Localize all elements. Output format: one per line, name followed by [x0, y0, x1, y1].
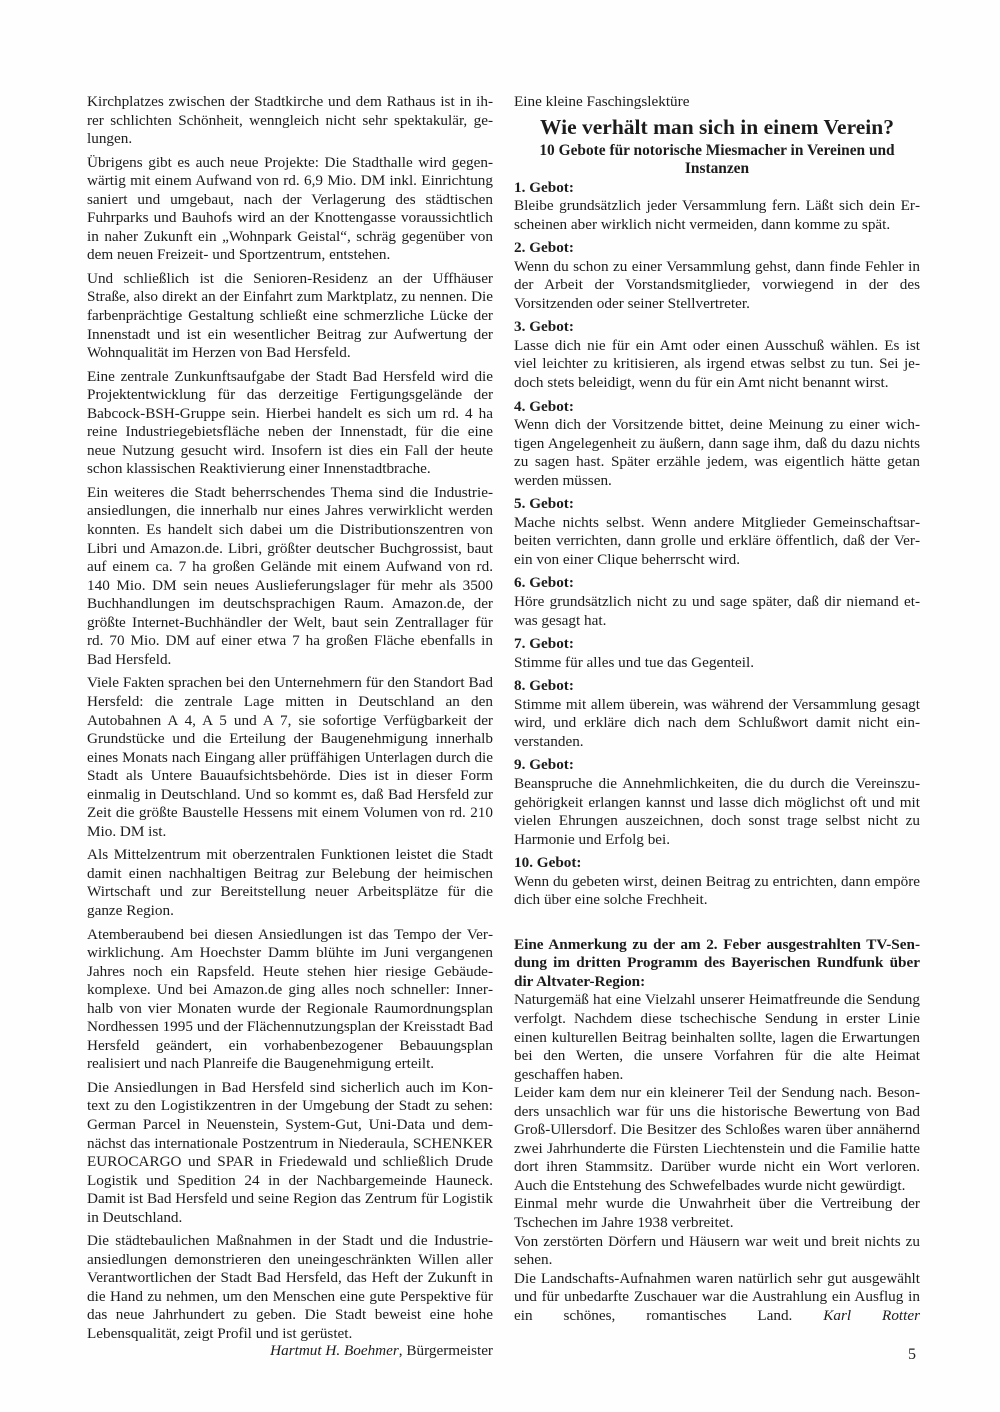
gebot-text: Mache nichts selbst. Wenn andere Mitglie… [514, 514, 920, 570]
note-paragraph: Leider kam dem nur ein kleinerer Teil de… [514, 1084, 920, 1195]
signature-role: , Bürgermeister [399, 1342, 493, 1359]
article-title: Wie verhält man sich in einem Verein? [514, 114, 920, 140]
note-paragraph: Von zerstörten Dörfern und Häusern war w… [514, 1233, 920, 1270]
gebot-text: Stimme für alles und tue das Gegenteil. [514, 654, 920, 673]
gebot-text: Stimme mit allem überein, was während de… [514, 696, 920, 752]
gebot-heading: 6. Gebot: [514, 574, 920, 593]
paragraph: Übrigens gibt es auch neue Projekte: Die… [87, 154, 493, 265]
note-paragraph: Die Landschafts-Aufnahmen waren natürlic… [514, 1270, 920, 1326]
gebot-heading: 4. Gebot: [514, 398, 920, 417]
document-page: Kirchplatzes zwischen der Stadtkirche un… [0, 0, 1000, 1412]
paragraph: Die Ansiedlungen in Bad Hersfeld sind si… [87, 1079, 493, 1227]
gebot-heading: 2. Gebot: [514, 239, 920, 258]
paragraph: Als Mittelzentrum mit oberzentralen Funk… [87, 846, 493, 920]
gebot-heading: 10. Gebot: [514, 854, 920, 873]
right-column: Eine kleine Faschingslektüre Wie verhält… [514, 93, 920, 1325]
kicker: Eine kleine Faschingslektüre [514, 93, 920, 112]
gebot-text: Bleibe grundsätzlich jeder Versammlung f… [514, 197, 920, 234]
note-paragraph: Naturgemäß hat eine Vielzahl unserer Hei… [514, 991, 920, 1084]
tv-note-section: Eine Anmerkung zu der am 2. Feber ausges… [514, 936, 920, 1325]
gebot-text: Beanspruche die Annehmlichkeiten, die du… [514, 775, 920, 849]
gebot-text: Höre grundsätzlich nicht zu und sage spä… [514, 593, 920, 630]
author-name: Karl Rotter [823, 1307, 920, 1324]
gebot-heading: 7. Gebot: [514, 635, 920, 654]
gebot-text: Wenn dich der Vorsitzende bittet, deine … [514, 416, 920, 490]
gebot-heading: 5. Gebot: [514, 495, 920, 514]
article-subtitle: 10 Gebote für notorische Miesmacher in V… [514, 142, 920, 179]
page-number: 5 [908, 1346, 916, 1364]
paragraph: Viele Fakten sprachen bei den Unternehme… [87, 674, 493, 841]
gebot-heading: 8. Gebot: [514, 677, 920, 696]
gebot-heading: 3. Gebot: [514, 318, 920, 337]
gebot-text: Lasse dich nie für ein Amt oder einen Au… [514, 337, 920, 393]
paragraph: Eine zentrale Zunkunftsaufgabe der Stadt… [87, 368, 493, 479]
signature: Hartmut H. Boehmer, Bürgermeister [87, 1342, 493, 1361]
paragraph: Atemberaubend bei diesen Ansiedlungen is… [87, 926, 493, 1074]
gebot-list: 1. Gebot: Bleibe grundsätzlich jeder Ver… [514, 179, 920, 910]
paragraph: Ein weiteres die Stadt beherrschendes Th… [87, 484, 493, 669]
note-heading: Eine Anmerkung zu der am 2. Feber ausges… [514, 936, 920, 992]
section-spacer [514, 915, 920, 936]
paragraph: Die städtebaulichen Maßnahmen in der Sta… [87, 1232, 493, 1343]
gebot-text: Wenn du gebeten wirst, deinen Beitrag zu… [514, 873, 920, 910]
gebot-text: Wenn du schon zu einer Versammlung gehst… [514, 258, 920, 314]
note-paragraph: Einmal mehr wurde die Unwahrheit über di… [514, 1195, 920, 1232]
gebot-heading: 1. Gebot: [514, 179, 920, 198]
paragraph: Kirchplatzes zwischen der Stadtkirche un… [87, 93, 493, 149]
gebot-heading: 9. Gebot: [514, 756, 920, 775]
signature-name: Hartmut H. Boehmer [270, 1342, 399, 1359]
left-column: Kirchplatzes zwischen der Stadtkirche un… [87, 93, 493, 1360]
paragraph: Und schließlich ist die Senioren-Residen… [87, 270, 493, 363]
